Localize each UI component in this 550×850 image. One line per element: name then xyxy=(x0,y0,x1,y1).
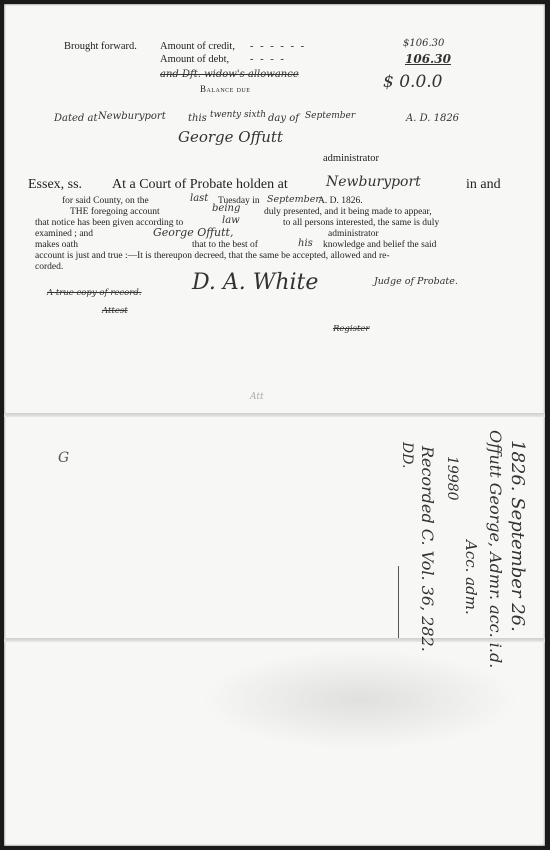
docket-number: 19980 xyxy=(444,456,460,501)
court-line2-prefix: for said County, on the xyxy=(62,196,149,206)
judge-signature: D. A. White xyxy=(192,270,318,295)
court-heading: At a Court of Probate holden at xyxy=(112,177,288,193)
court-in-and: in and xyxy=(466,177,501,193)
fold-crease-lower xyxy=(4,638,545,642)
para-line6: account is just and true :—It is thereup… xyxy=(35,251,390,261)
court-year: A. D. 1826. xyxy=(318,196,363,206)
brought-forward-label: Brought forward. xyxy=(64,41,137,52)
paper-shadow xyxy=(200,650,520,750)
balance-due-label: Balance due xyxy=(200,84,250,94)
court-place: Newburyport xyxy=(326,174,421,190)
docket-rule xyxy=(398,566,399,638)
dated-day-of: day of xyxy=(268,113,299,124)
para-line5-end: knowledge and belief the said xyxy=(323,240,436,250)
para-line4-end: administrator xyxy=(328,229,379,239)
para-line4-prefix: examined ; and xyxy=(35,229,93,239)
attest-struck: Attest xyxy=(102,306,128,316)
credit-dashes: - - - - - - xyxy=(250,41,306,52)
struck-entry: and Dft. widow's allowance xyxy=(160,69,299,80)
administrator-title: administrator xyxy=(323,153,379,164)
dated-place: Newburyport xyxy=(98,111,166,122)
para-line5-prefix: makes oath xyxy=(35,240,78,250)
para-law: law xyxy=(222,215,240,226)
court-county: Essex, ss. xyxy=(28,177,82,193)
dated-month: September xyxy=(305,111,355,121)
para-line1-end: duly presented, and it being made to app… xyxy=(264,207,432,217)
register-struck: Register xyxy=(333,324,369,334)
true-copy-struck: A true copy of record. xyxy=(47,288,142,298)
debit-label: Amount of debt, xyxy=(160,54,229,65)
docket-dd: DD. xyxy=(399,442,415,468)
dated-prefix: Dated at xyxy=(54,113,97,124)
dated-day: twenty sixth xyxy=(210,110,266,120)
para-admin-name: George Offutt, xyxy=(153,226,233,239)
docket-recorded: Recorded C. Vol. 36, 282. xyxy=(418,446,437,652)
docket-date: 1826. September 26. xyxy=(507,440,528,632)
para-line5-mid: that to the best of xyxy=(192,240,258,250)
para-line3-end: to all persons interested, the same is d… xyxy=(283,218,439,228)
docket-name: Offutt George, Admr. acc. i.d. xyxy=(486,430,505,668)
dated-this: this xyxy=(188,113,207,124)
credit-label: Amount of credit, xyxy=(160,41,235,52)
para-line7: corded. xyxy=(35,262,63,272)
balance-value: $ 0.0.0 xyxy=(383,72,442,92)
judge-title: Judge of Probate. xyxy=(374,276,458,287)
fold-crease-upper xyxy=(4,413,545,417)
margin-mark: G xyxy=(58,450,69,466)
para-start: THE foregoing account xyxy=(70,207,160,217)
debit-dashes: - - - - xyxy=(250,54,286,65)
bleed-through-text: Att xyxy=(250,392,264,402)
para-his: his xyxy=(298,238,313,249)
docket-type: Acc. adm. xyxy=(462,540,480,615)
court-day: last xyxy=(190,193,208,204)
court-month: September xyxy=(267,194,320,205)
credit-value: $106.30 xyxy=(403,38,444,49)
para-being: being xyxy=(212,203,240,214)
debit-value: 106.30 xyxy=(405,52,451,66)
administrator-signature: George Offutt xyxy=(178,128,283,146)
dated-year: A. D. 1826 xyxy=(406,113,459,124)
